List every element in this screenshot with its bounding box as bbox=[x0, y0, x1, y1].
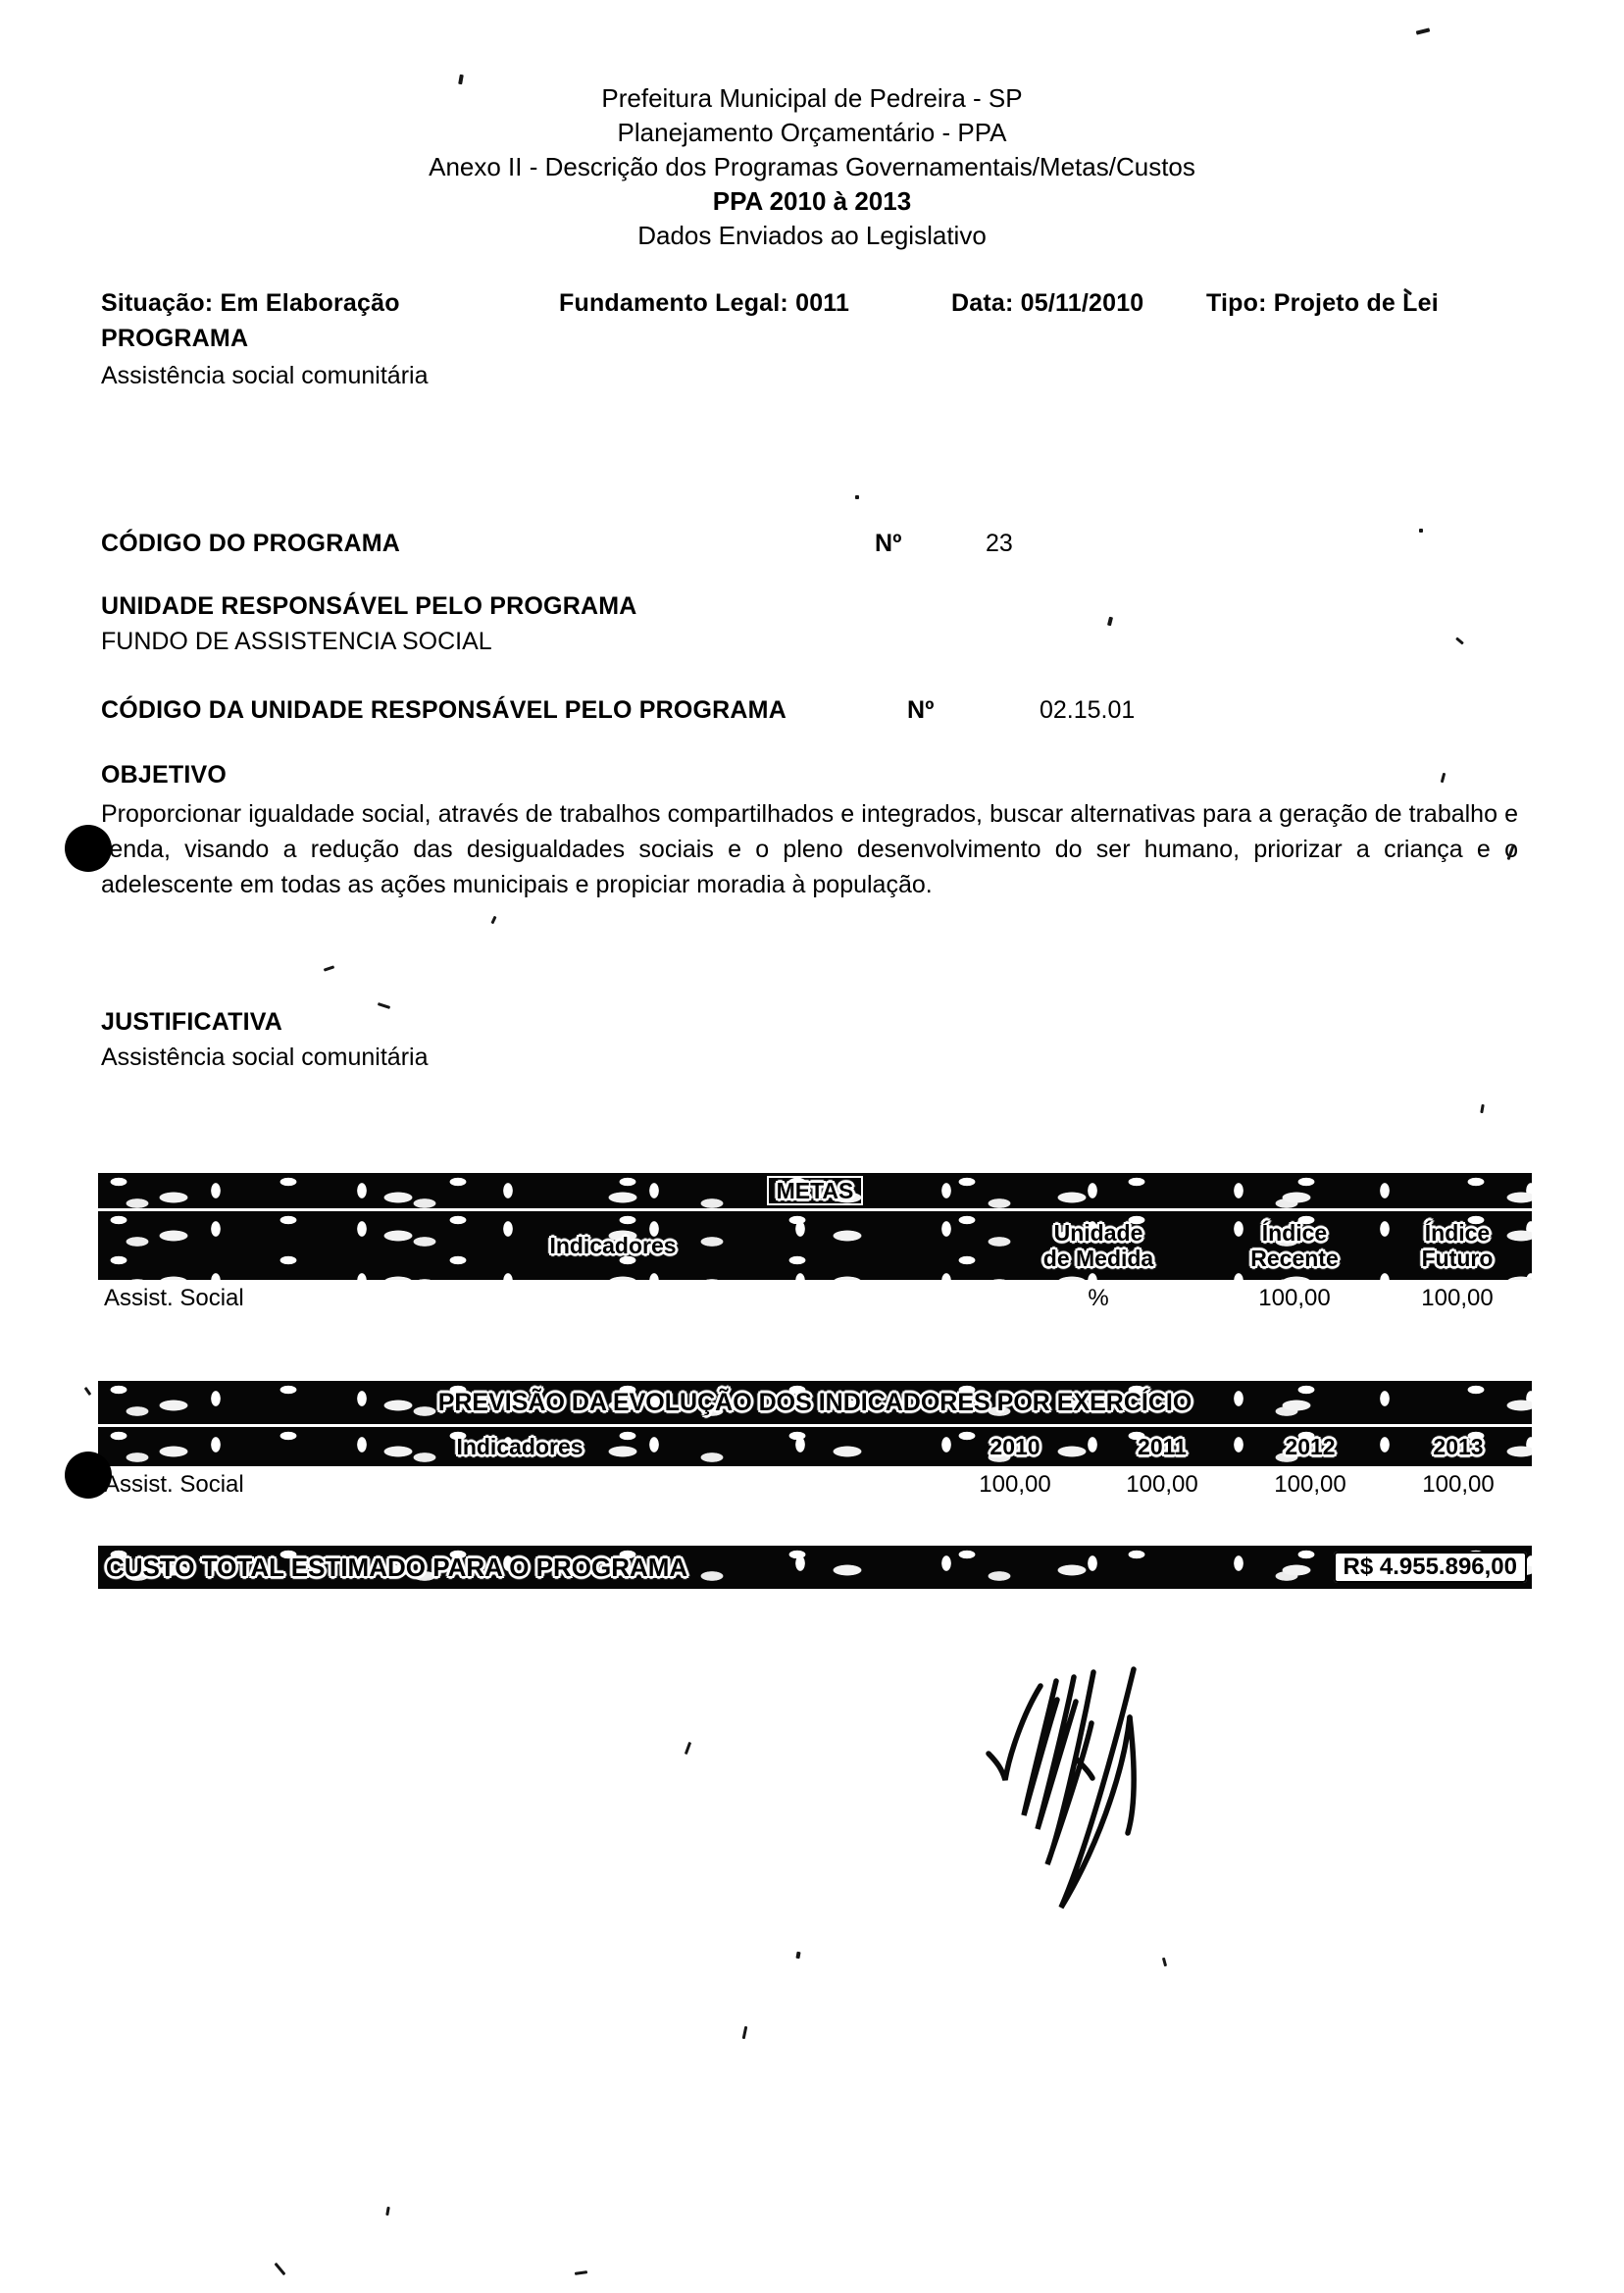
objetivo-label: OBJETIVO bbox=[101, 761, 227, 790]
metas-col-indicadores: Indicadores bbox=[98, 1233, 990, 1258]
header-org-line: Prefeitura Municipal de Pedreira - SP bbox=[0, 82, 1624, 114]
tipo-field: Tipo: Projeto de Lei bbox=[1206, 289, 1439, 318]
metas-row-indice-recente: 100,00 bbox=[1206, 1285, 1383, 1312]
custo-total-value: R$ 4.955.896,00 bbox=[1334, 1552, 1527, 1583]
scan-noise bbox=[742, 2026, 748, 2039]
previsao-data-row: Assist. Social 100,00 100,00 100,00 100,… bbox=[98, 1466, 1532, 1503]
metas-row-indice-futuro: 100,00 bbox=[1383, 1285, 1532, 1312]
previsao-row-2012: 100,00 bbox=[1236, 1471, 1385, 1499]
scan-noise bbox=[1107, 617, 1113, 627]
scan-noise bbox=[1441, 773, 1446, 783]
scan-noise bbox=[1455, 637, 1464, 644]
metas-col-indicadores-label: Indicadores bbox=[549, 1233, 676, 1258]
punch-hole-bottom bbox=[65, 1452, 112, 1499]
fundamento-legal-field: Fundamento Legal: 0011 bbox=[559, 289, 849, 318]
situacao-field: Situação: Em Elaboração bbox=[101, 289, 400, 318]
header-ppa-line: PPA 2010 à 2013 bbox=[0, 185, 1624, 217]
previsao-col-2011-label: 2011 bbox=[1138, 1434, 1187, 1459]
justificativa-text: Assistência social comunitária bbox=[101, 1044, 428, 1072]
metas-header-row: Indicadores Unidade de Medida Índice Rec… bbox=[98, 1208, 1532, 1280]
scan-noise bbox=[324, 965, 334, 971]
custo-total-label: CUSTO TOTAL ESTIMADO PARA O PROGRAMA bbox=[98, 1553, 687, 1583]
previsao-col-2012-label: 2012 bbox=[1285, 1434, 1335, 1459]
previsao-row-2010: 100,00 bbox=[941, 1471, 1089, 1499]
codigo-programa-label: CÓDIGO DO PROGRAMA bbox=[101, 530, 400, 558]
previsao-row-2011: 100,00 bbox=[1089, 1471, 1236, 1499]
metas-title: METAS bbox=[767, 1176, 864, 1205]
header-anexo-line: Anexo II - Descrição dos Programas Gover… bbox=[0, 151, 1624, 182]
programa-label: PROGRAMA bbox=[101, 325, 248, 353]
previsao-col-2011: 2011 bbox=[1089, 1434, 1236, 1459]
scan-noise bbox=[575, 2270, 587, 2275]
data-field: Data: 05/11/2010 bbox=[951, 289, 1143, 318]
scan-noise bbox=[378, 1002, 390, 1009]
previsao-title-band: PREVISÃO DA EVOLUÇÃO DOS INDICADORES POR… bbox=[98, 1381, 1532, 1424]
scan-noise bbox=[855, 495, 859, 499]
metas-row-unidade: % bbox=[990, 1285, 1206, 1312]
previsao-header-row: Indicadores 2010 2011 2012 2013 bbox=[98, 1424, 1532, 1466]
metas-col-indice-recente: Índice Recente bbox=[1206, 1220, 1383, 1271]
header-dados-line: Dados Enviados ao Legislativo bbox=[0, 220, 1624, 251]
previsao-row-indicador: Assist. Social bbox=[98, 1471, 941, 1499]
metas-title-band: METAS bbox=[98, 1173, 1532, 1208]
previsao-col-2010-label: 2010 bbox=[990, 1434, 1040, 1459]
previsao-title: PREVISÃO DA EVOLUÇÃO DOS INDICADORES POR… bbox=[438, 1389, 1193, 1417]
signature bbox=[961, 1640, 1187, 1934]
metas-col-indice-recente-label: Índice Recente bbox=[1243, 1220, 1346, 1271]
metas-data-row: Assist. Social % 100,00 100,00 bbox=[98, 1280, 1532, 1317]
codigo-unidade-label: CÓDIGO DA UNIDADE RESPONSÁVEL PELO PROGR… bbox=[101, 696, 787, 725]
metas-table: METAS Indicadores Unidade de Medida Índi… bbox=[98, 1173, 1532, 1317]
scanned-document-page: Prefeitura Municipal de Pedreira - SP Pl… bbox=[0, 0, 1624, 2293]
previsao-col-indicadores: Indicadores bbox=[98, 1434, 941, 1459]
previsao-col-2010: 2010 bbox=[941, 1434, 1089, 1459]
codigo-unidade-value: 02.15.01 bbox=[1040, 696, 1135, 725]
metas-row-indicador: Assist. Social bbox=[98, 1285, 990, 1312]
codigo-programa-numero: Nº bbox=[875, 530, 902, 558]
justificativa-label: JUSTIFICATIVA bbox=[101, 1008, 282, 1037]
codigo-programa-value: 23 bbox=[986, 530, 1013, 558]
previsao-col-2013-label: 2013 bbox=[1433, 1434, 1483, 1459]
scan-noise bbox=[490, 916, 496, 925]
unidade-responsavel-label: UNIDADE RESPONSÁVEL PELO PROGRAMA bbox=[101, 592, 636, 621]
punch-hole-top bbox=[65, 825, 112, 872]
programa-value: Assistência social comunitária bbox=[101, 362, 428, 390]
previsao-col-2013: 2013 bbox=[1385, 1434, 1532, 1459]
header-dept-line: Planejamento Orçamentário - PPA bbox=[0, 117, 1624, 148]
scan-noise bbox=[84, 1387, 92, 1396]
previsao-row-2013: 100,00 bbox=[1385, 1471, 1532, 1499]
scan-noise bbox=[275, 2263, 286, 2275]
previsao-col-2012: 2012 bbox=[1236, 1434, 1385, 1459]
scan-noise bbox=[795, 1952, 800, 1960]
objetivo-text: Proporcionar igualdade social, através d… bbox=[101, 796, 1518, 902]
scan-noise bbox=[1480, 1104, 1485, 1113]
codigo-unidade-numero: Nº bbox=[907, 696, 935, 725]
scan-noise bbox=[685, 1742, 691, 1755]
previsao-table: PREVISÃO DA EVOLUÇÃO DOS INDICADORES POR… bbox=[98, 1381, 1532, 1503]
metas-col-unidade: Unidade de Medida bbox=[990, 1220, 1206, 1271]
metas-col-unidade-label: Unidade de Medida bbox=[1040, 1220, 1157, 1271]
custo-total-band: CUSTO TOTAL ESTIMADO PARA O PROGRAMA R$ … bbox=[98, 1546, 1532, 1589]
scan-noise bbox=[1162, 1958, 1167, 1966]
scan-noise bbox=[1419, 529, 1423, 533]
scan-noise bbox=[385, 2207, 390, 2216]
unidade-responsavel-value: FUNDO DE ASSISTENCIA SOCIAL bbox=[101, 628, 492, 656]
scan-noise bbox=[1416, 27, 1431, 34]
previsao-col-indicadores-label: Indicadores bbox=[456, 1434, 583, 1459]
metas-col-indice-futuro-label: Índice Futuro bbox=[1411, 1220, 1504, 1271]
metas-col-indice-futuro: Índice Futuro bbox=[1383, 1220, 1532, 1271]
